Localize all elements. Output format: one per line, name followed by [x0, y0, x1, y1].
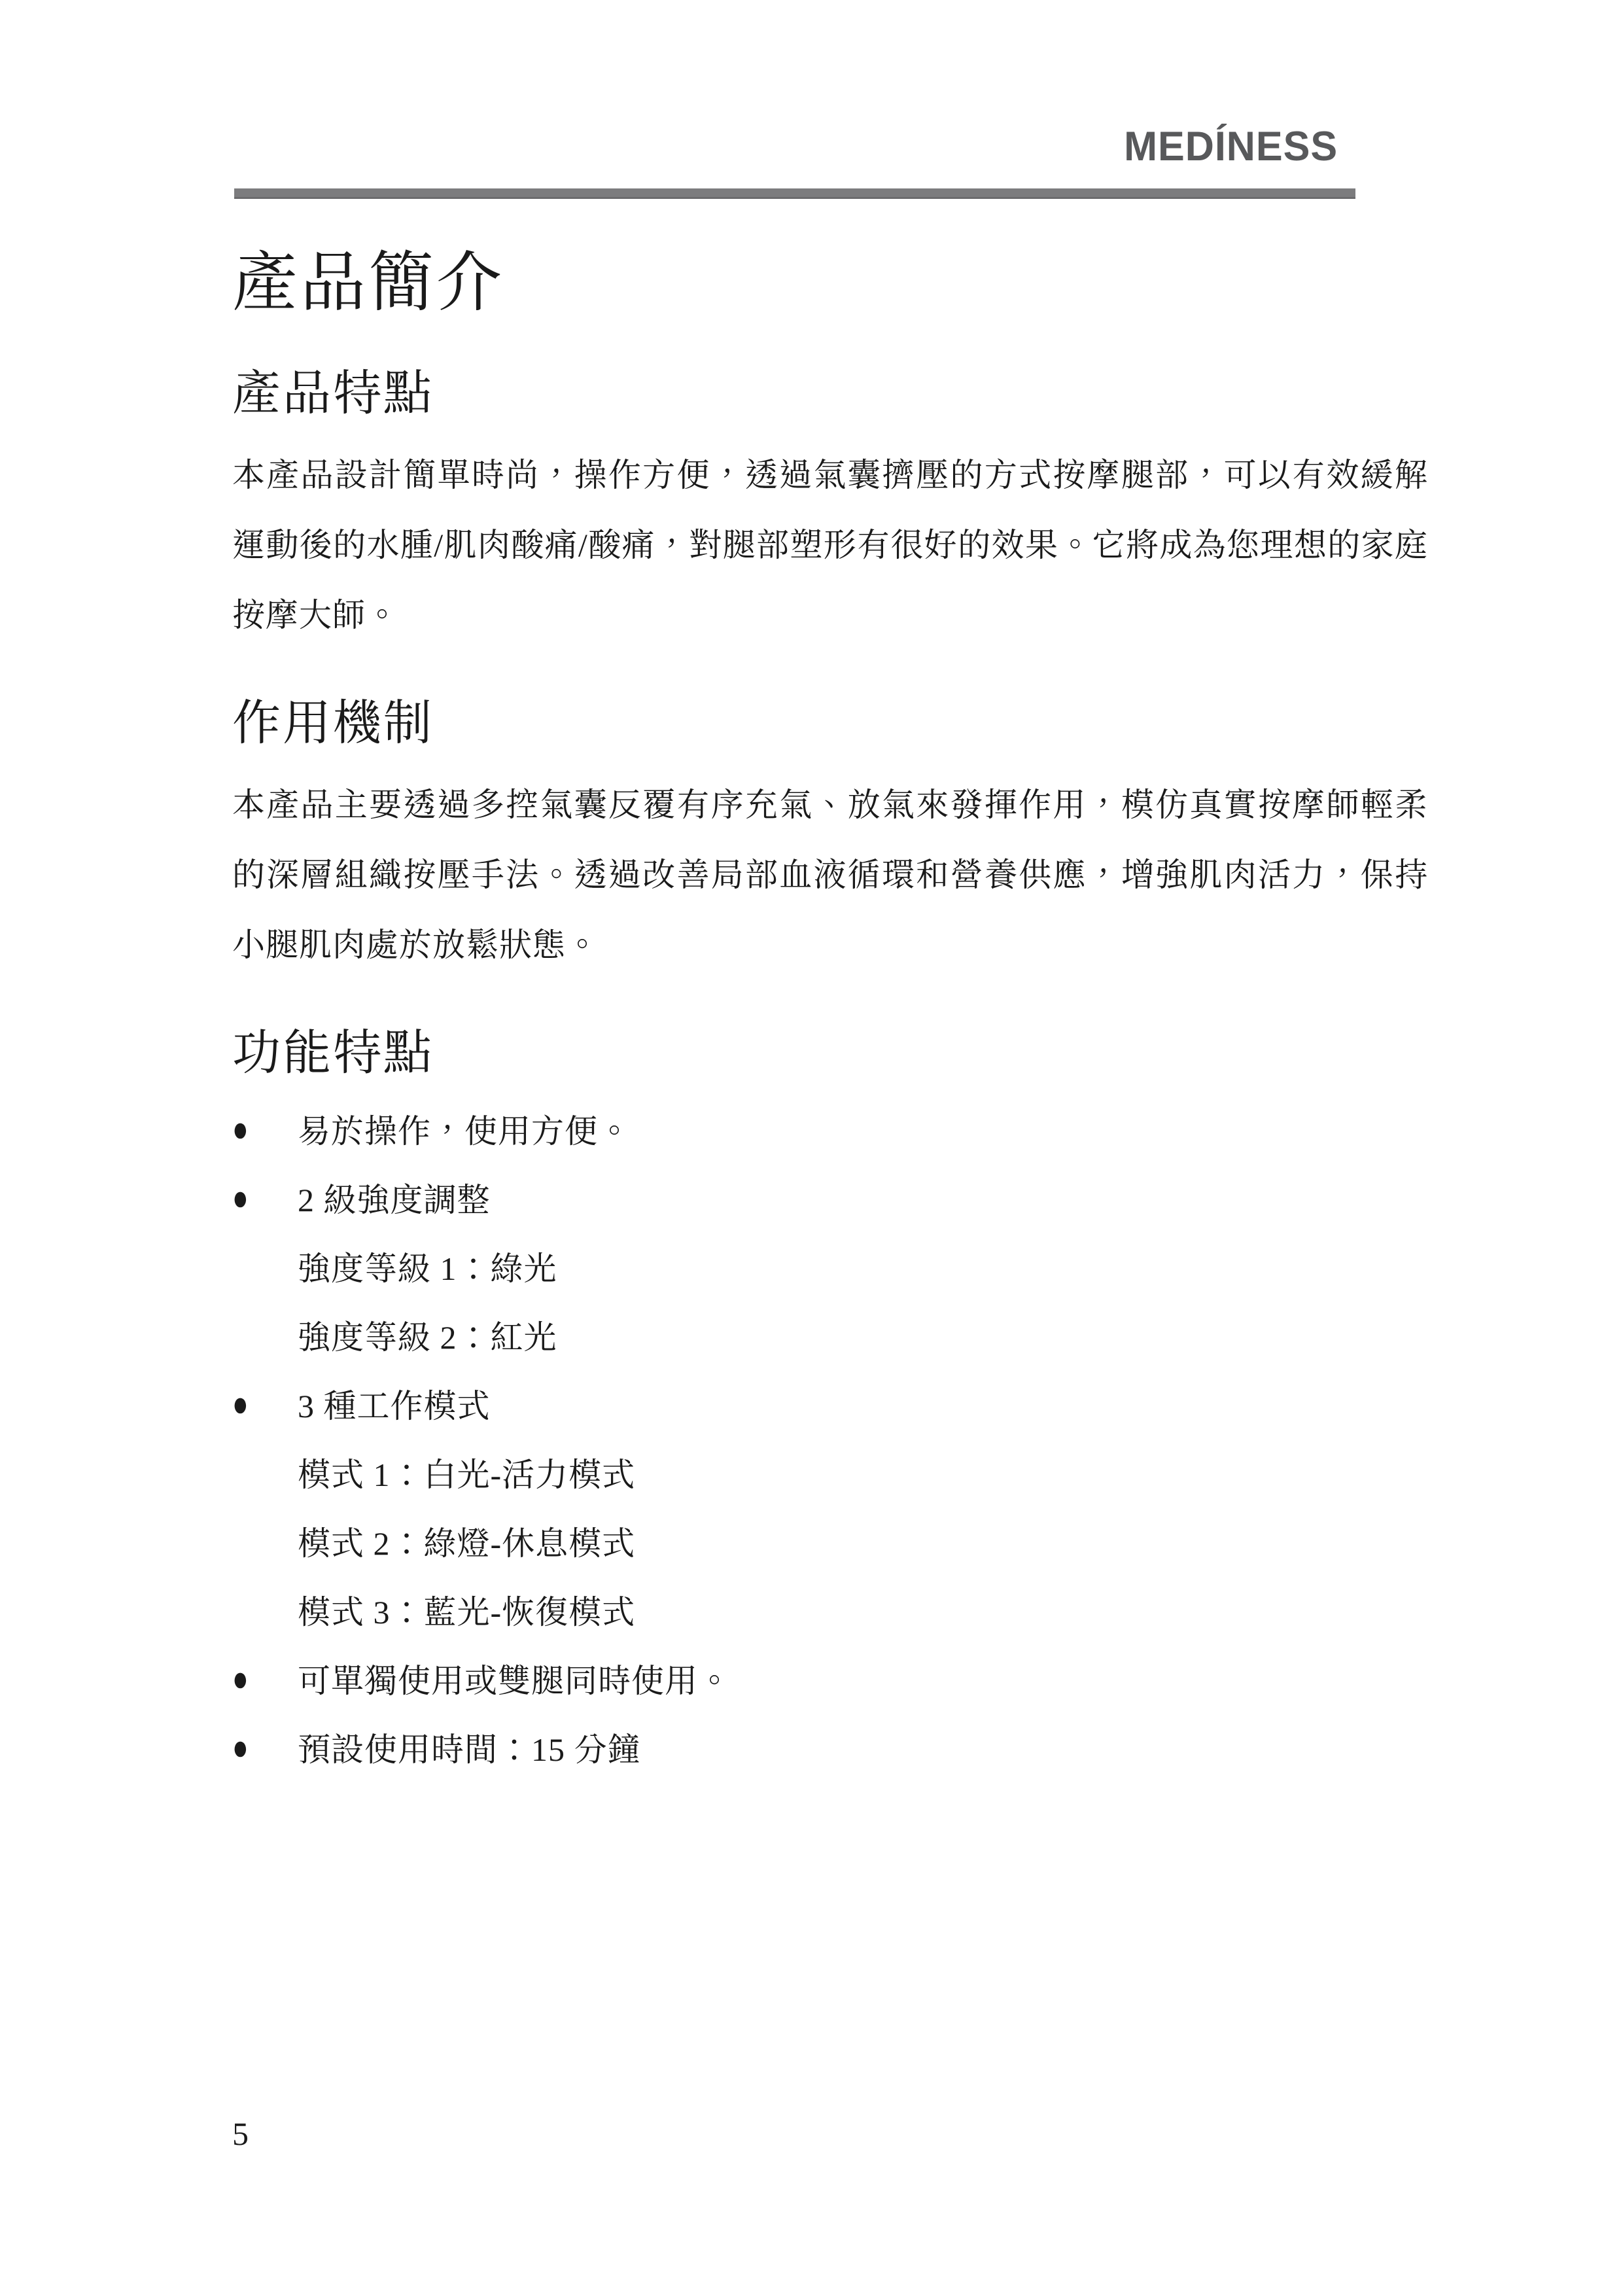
list-item: 模式 2：綠燈-休息模式	[232, 1510, 1428, 1578]
list-item: 強度等級 2：紅光	[232, 1303, 1428, 1372]
page-content: 產品簡介 產品特點 本產品設計簡單時尚，操作方便，透過氣囊擠壓的方式按摩腿部，可…	[232, 245, 1428, 1784]
list-item-text: 2 級強度調整	[298, 1182, 491, 1218]
list-item: ● 可單獨使用或雙腿同時使用。	[232, 1647, 1428, 1716]
list-item: ● 易於操作，使用方便。	[232, 1097, 1428, 1166]
bullet-icon: ●	[232, 1642, 249, 1718]
bullet-icon: ●	[232, 1368, 249, 1443]
section-functions: 功能特點 ● 易於操作，使用方便。 ● 2 級強度調整 強度等級 1：綠光 強度…	[232, 1026, 1428, 1784]
page-title: 產品簡介	[232, 245, 1428, 321]
list-item: ● 預設使用時間：15 分鐘	[232, 1716, 1428, 1784]
list-item-text: 可單獨使用或雙腿同時使用。	[298, 1663, 731, 1699]
section-heading: 功能特點	[232, 1026, 1428, 1082]
header-rule	[234, 188, 1355, 199]
feature-list: ● 易於操作，使用方便。 ● 2 級強度調整 強度等級 1：綠光 強度等級 2：…	[232, 1097, 1428, 1784]
section-product-features: 產品特點 本產品設計簡單時尚，操作方便，透過氣囊擠壓的方式按摩腿部，可以有效緩解…	[232, 366, 1428, 650]
bullet-icon: ●	[232, 1093, 249, 1169]
list-item-text: 3 種工作模式	[298, 1388, 491, 1424]
list-item-text: 模式 2：綠燈-休息模式	[298, 1525, 635, 1562]
list-item: ● 3 種工作模式	[232, 1372, 1428, 1441]
list-item: 強度等級 1：綠光	[232, 1235, 1428, 1303]
list-item: ● 2 級強度調整	[232, 1166, 1428, 1235]
bullet-icon: ●	[232, 1711, 249, 1787]
section-heading: 作用機制	[232, 696, 1428, 752]
list-item-text: 預設使用時間：15 分鐘	[298, 1731, 641, 1768]
manual-page: MEDÍNESS 產品簡介 產品特點 本產品設計簡單時尚，操作方便，透過氣囊擠壓…	[0, 0, 1623, 2296]
list-item: 模式 1：白光-活力模式	[232, 1441, 1428, 1510]
bullet-icon: ●	[232, 1161, 249, 1237]
section-paragraph: 本產品設計簡單時尚，操作方便，透過氣囊擠壓的方式按摩腿部，可以有效緩解運動後的水…	[232, 440, 1428, 650]
section-paragraph: 本產品主要透過多控氣囊反覆有序充氣、放氣來發揮作用，模仿真實按摩師輕柔的深層組織…	[232, 770, 1428, 980]
list-item-text: 易於操作，使用方便。	[298, 1113, 631, 1150]
section-heading: 產品特點	[232, 366, 1428, 422]
list-item-text: 模式 3：藍光-恢復模式	[298, 1594, 635, 1631]
section-mechanism: 作用機制 本產品主要透過多控氣囊反覆有序充氣、放氣來發揮作用，模仿真實按摩師輕柔…	[232, 696, 1428, 980]
list-item-text: 模式 1：白光-活力模式	[298, 1457, 635, 1493]
list-item-text: 強度等級 2：紅光	[298, 1319, 557, 1356]
page-number: 5	[232, 2115, 249, 2153]
list-item-text: 強度等級 1：綠光	[298, 1250, 557, 1287]
list-item: 模式 3：藍光-恢復模式	[232, 1578, 1428, 1647]
brand-logo: MEDÍNESS	[1124, 123, 1338, 170]
